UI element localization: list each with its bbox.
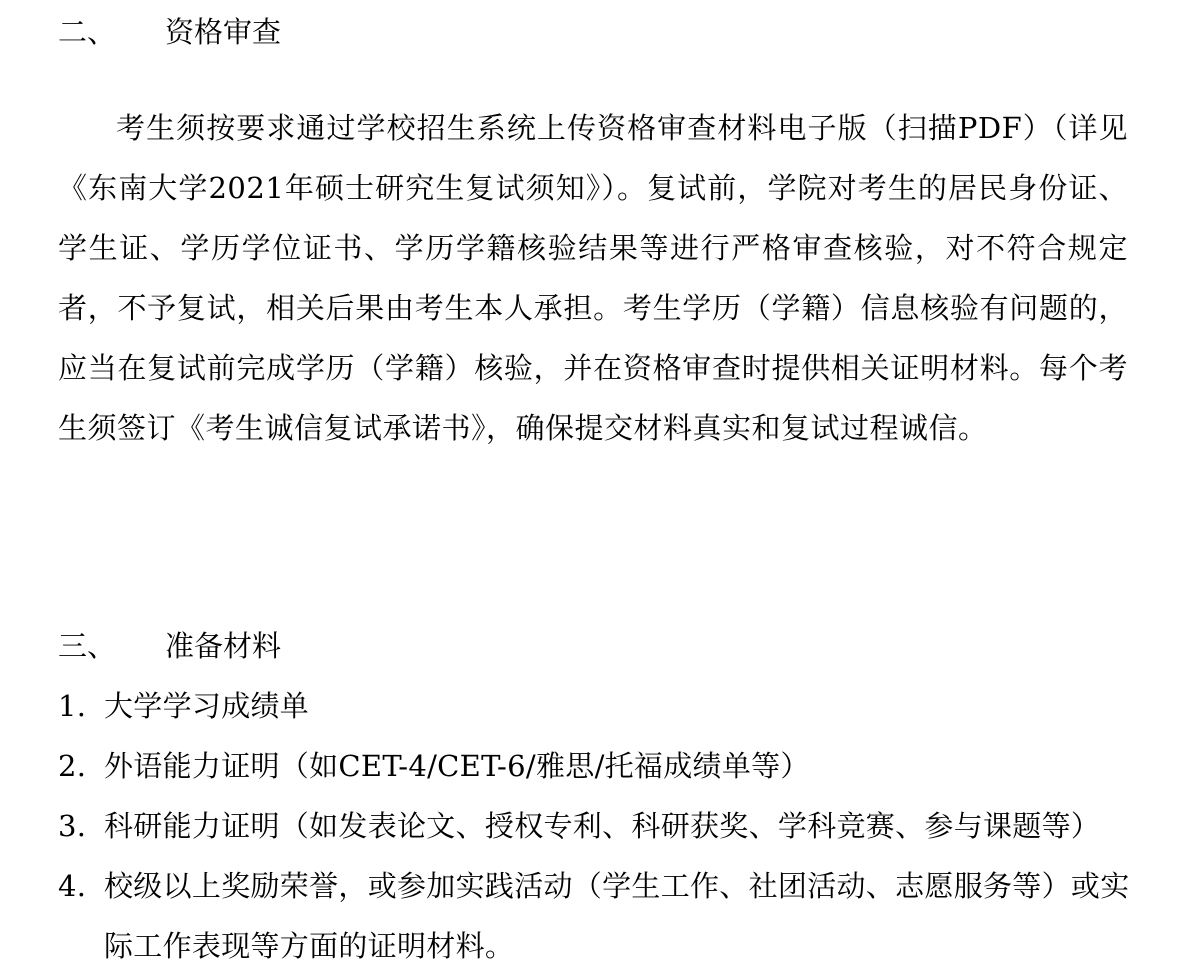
- section-title: 准备材料: [165, 626, 281, 666]
- list-item-text: 科研能力证明（如发表论文、授权专利、科研获奖、学科竞赛、参与课题等）: [104, 796, 1133, 856]
- list-marker: 3.: [58, 796, 104, 856]
- qualification-review-paragraph: 考生须按要求通过学校招生系统上传资格审查材料电子版（扫描PDF）（详见《东南大学…: [58, 98, 1128, 458]
- list-marker: 4.: [58, 856, 104, 972]
- section-title: 资格审查: [165, 12, 281, 52]
- list-item: 2. 外语能力证明（如CET-4/CET-6/雅思/托福成绩单等）: [58, 736, 1133, 796]
- section-heading-prepare-materials: 三、准备材料: [58, 626, 281, 666]
- list-item-text: 大学学习成绩单: [104, 676, 1133, 736]
- list-item: 4. 校级以上奖励荣誉，或参加实践活动（学生工作、社团活动、志愿服务等）或实际工…: [58, 856, 1133, 972]
- list-item-text: 外语能力证明（如CET-4/CET-6/雅思/托福成绩单等）: [104, 736, 1133, 796]
- list-item: 1. 大学学习成绩单: [58, 676, 1133, 736]
- section-number: 三、: [58, 626, 165, 666]
- list-item: 3. 科研能力证明（如发表论文、授权专利、科研获奖、学科竞赛、参与课题等）: [58, 796, 1133, 856]
- section-heading-qualification-review: 二、资格审查: [58, 12, 281, 52]
- list-item-text: 校级以上奖励荣誉，或参加实践活动（学生工作、社团活动、志愿服务等）或实际工作表现…: [104, 856, 1133, 972]
- list-marker: 1.: [58, 676, 104, 736]
- list-marker: 2.: [58, 736, 104, 796]
- materials-list: 1. 大学学习成绩单 2. 外语能力证明（如CET-4/CET-6/雅思/托福成…: [58, 676, 1133, 972]
- section-number: 二、: [58, 12, 165, 52]
